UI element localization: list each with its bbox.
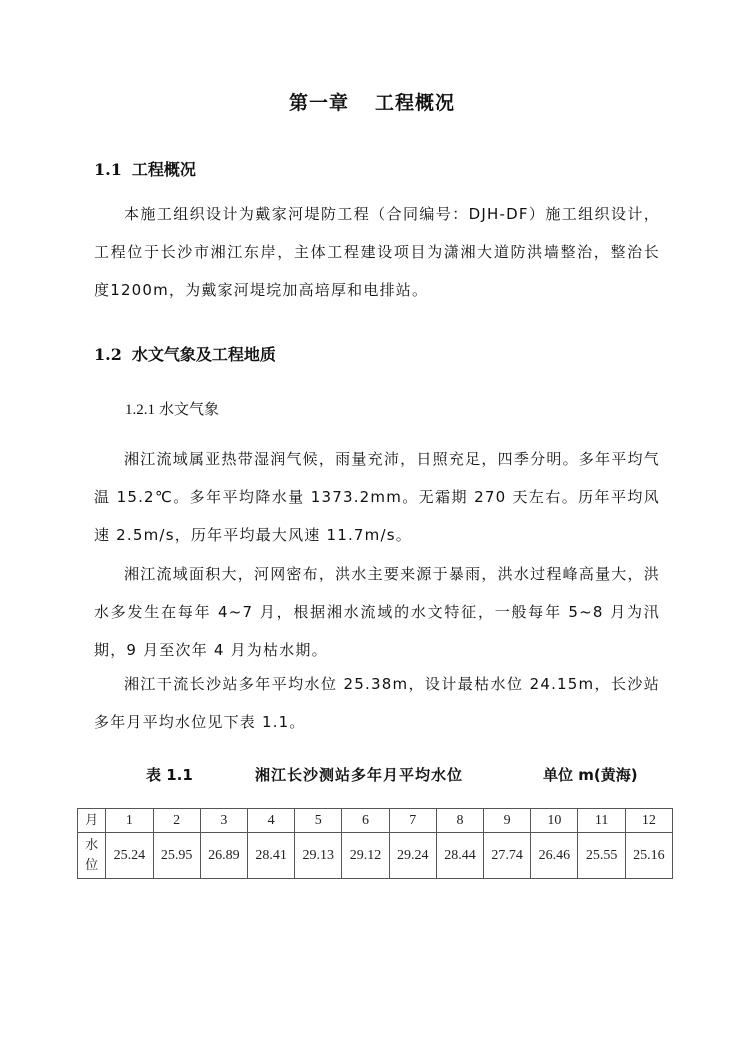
section-heading-1-2: 1.2水文气象及工程地质	[94, 342, 276, 365]
header-cell: 9	[484, 809, 531, 833]
header-cell: 3	[200, 809, 247, 833]
chapter-prefix: 第一章	[289, 92, 349, 114]
chapter-title: 第一章工程概况	[0, 88, 744, 115]
section-title: 水文气象及工程地质	[132, 345, 276, 364]
table-caption-title: 湘江长沙测站多年月平均水位	[255, 764, 463, 785]
paragraph-flood: 湘江流域面积大，河网密布，洪水主要来源于暴雨，洪水过程峰高量大，洪水多发生在每年…	[94, 555, 660, 669]
header-cell: 5	[295, 809, 342, 833]
value-cell: 26.89	[200, 833, 247, 879]
value-cell: 26.46	[531, 833, 578, 879]
subsection-number: 1.2.1	[125, 402, 155, 418]
paragraph-project-overview: 本施工组织设计为戴家河堤防工程（合同编号：DJH-DF）施工组织设计，工程位于长…	[94, 195, 660, 309]
value-cell: 25.16	[625, 833, 672, 879]
row-label-water-level: 水位	[78, 833, 106, 879]
water-level-table: 月 1 2 3 4 5 6 7 8 9 10 11 12 水位 25.24 25…	[77, 808, 673, 879]
value-cell: 28.44	[436, 833, 483, 879]
value-cell: 27.74	[484, 833, 531, 879]
value-cell: 29.13	[295, 833, 342, 879]
section-number: 1.2	[94, 345, 122, 364]
document-page: 第一章工程概况 1.1工程概况 本施工组织设计为戴家河堤防工程（合同编号：DJH…	[0, 0, 744, 1052]
table-header-row: 月 1 2 3 4 5 6 7 8 9 10 11 12	[78, 809, 673, 833]
subsection-title: 水文气象	[159, 400, 219, 418]
paragraph-water-level: 湘江干流长沙站多年平均水位 25.38m，设计最枯水位 24.15m，长沙站多年…	[94, 665, 660, 741]
subsection-heading-1-2-1: 1.2.1水文气象	[125, 398, 219, 419]
value-cell: 25.95	[153, 833, 200, 879]
section-title: 工程概况	[132, 160, 196, 179]
header-cell: 6	[342, 809, 389, 833]
value-cell: 29.24	[389, 833, 436, 879]
header-cell: 2	[153, 809, 200, 833]
header-cell: 1	[106, 809, 153, 833]
chapter-title-text: 工程概况	[375, 92, 455, 114]
header-cell: 11	[578, 809, 625, 833]
header-cell: 8	[436, 809, 483, 833]
header-cell: 7	[389, 809, 436, 833]
header-cell: 4	[247, 809, 294, 833]
value-cell: 29.12	[342, 833, 389, 879]
table-value-row: 水位 25.24 25.95 26.89 28.41 29.13 29.12 2…	[78, 833, 673, 879]
table-caption-unit: 单位 m(黄海)	[543, 764, 638, 785]
row-label-line2: 位	[85, 858, 98, 873]
value-cell: 25.55	[578, 833, 625, 879]
paragraph-climate: 湘江流域属亚热带湿润气候，雨量充沛，日照充足，四季分明。多年平均气温 15.2℃…	[94, 440, 660, 554]
section-number: 1.1	[94, 160, 122, 179]
value-cell: 25.24	[106, 833, 153, 879]
section-heading-1-1: 1.1工程概况	[94, 157, 196, 180]
header-cell: 12	[625, 809, 672, 833]
header-cell: 10	[531, 809, 578, 833]
table-caption-number: 表 1.1	[146, 764, 193, 785]
header-label-month: 月	[78, 809, 106, 833]
value-cell: 28.41	[247, 833, 294, 879]
row-label-line1: 水	[85, 838, 98, 853]
